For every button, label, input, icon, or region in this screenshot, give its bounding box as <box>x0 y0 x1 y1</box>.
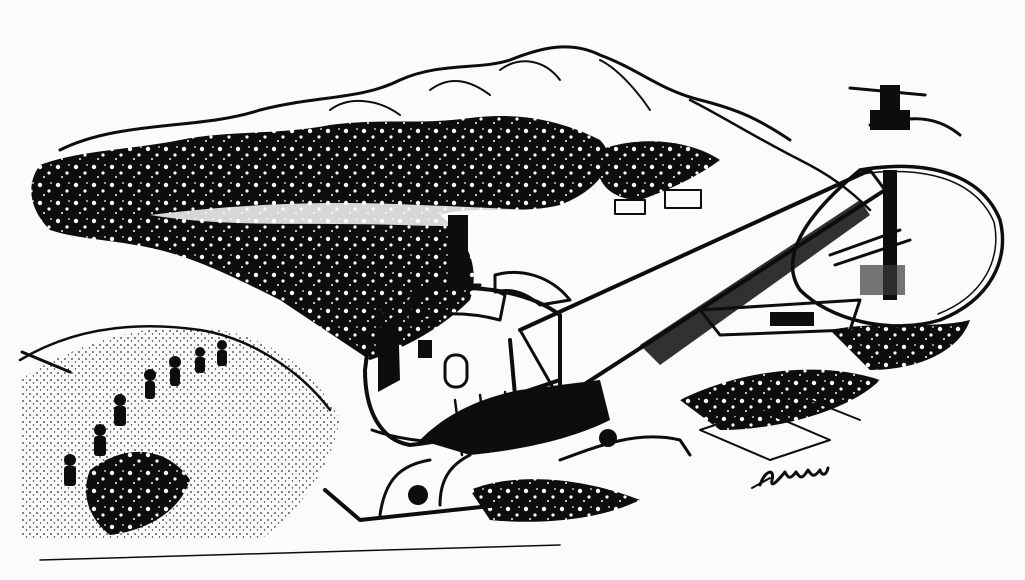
illustration-canvas <box>0 0 1025 580</box>
